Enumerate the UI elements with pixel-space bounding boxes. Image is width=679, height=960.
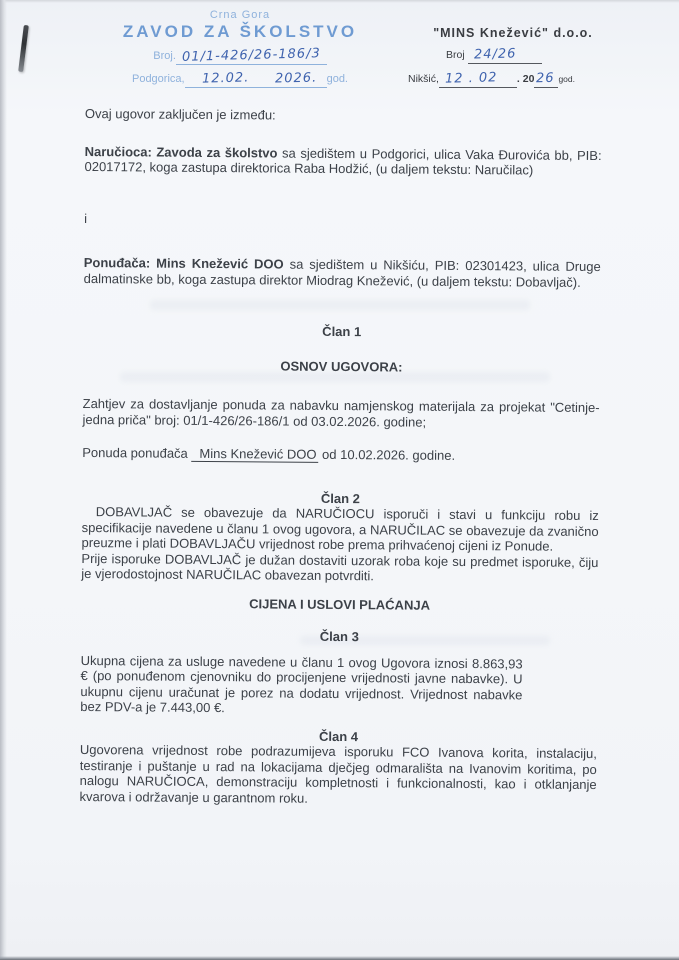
scan-edge-left bbox=[0, 0, 7, 960]
ponuda-suffix: od 10.02.2026. godine. bbox=[318, 447, 455, 463]
stamp-country-label: Crna Gora bbox=[100, 9, 380, 21]
scan-edge-top bbox=[0, 0, 679, 3]
clan2-paragraph2: Prije isporuke DOBAVLJAČ je dužan dostav… bbox=[81, 550, 598, 585]
intro-line: Ovaj ugovor zaključen je između: bbox=[85, 106, 602, 126]
company-date-handwritten: 12 . 02 bbox=[445, 70, 498, 86]
clan4-paragraph: Ugovorena vrijednost robe podrazumijeva … bbox=[80, 742, 597, 808]
broj-handwritten-value: 01/1-426/26-186/3 bbox=[182, 46, 321, 65]
company-year-handwritten: 26 bbox=[536, 71, 555, 86]
scan-edge-bottom bbox=[0, 956, 679, 960]
clan1-paragraph: Zahtjev za dostavljanje ponuda za nabavk… bbox=[82, 396, 599, 431]
stamp-org-name: ZAVOD ZA ŠKOLSTVO bbox=[100, 22, 380, 42]
scanned-contract-page: Crna Gora ZAVOD ZA ŠKOLSTVO Broj.01/1-42… bbox=[0, 0, 679, 960]
company-name: "MINS Knežević" d.o.o. bbox=[408, 26, 618, 40]
company-broj-label: Broj bbox=[446, 49, 465, 61]
company-broj-line: Broj 24/26 bbox=[408, 47, 618, 64]
ponuda-prefix: Ponuda ponuđača bbox=[82, 445, 191, 461]
company-god-label: god. bbox=[558, 74, 575, 84]
narucilac-name: Naručioca: Zavoda za školstvo bbox=[85, 143, 278, 160]
stamp-date-line: Podgorica,12.02.2026.god. bbox=[100, 71, 380, 88]
zavod-stamp: Crna Gora ZAVOD ZA ŠKOLSTVO Broj.01/1-42… bbox=[100, 9, 380, 88]
mins-knezevic-stamp: "MINS Knežević" d.o.o. Broj 24/26 Nikšić… bbox=[408, 26, 618, 88]
party-ponudjac-paragraph: Ponuđača: Mins Knežević DOO sa sjedištem… bbox=[84, 255, 601, 290]
party-narucilac-paragraph: Naručioca: Zavoda za školstvo sa sjedišt… bbox=[84, 143, 601, 178]
year-prefix-printed: . 20 bbox=[517, 73, 535, 85]
year-handwritten-value: 2026. bbox=[275, 70, 318, 86]
broj-label: Broj. bbox=[153, 50, 176, 62]
binding-mark bbox=[18, 25, 29, 72]
stamp-broj-line: Broj.01/1-426/26-186/3 bbox=[100, 48, 380, 65]
ponudjac-name: Ponuđača: Mins Knežević DOO bbox=[84, 255, 284, 272]
god-label: god. bbox=[327, 73, 348, 85]
contract-body: Ovaj ugovor zaključen je između: Naručio… bbox=[80, 106, 602, 808]
date-handwritten-value: 12.02. bbox=[202, 70, 250, 86]
clan2-paragraph1: DOBAVLJAČ se obavezuje da NARUČIOCU ispo… bbox=[82, 504, 599, 555]
clan3-paragraph: Ukupna cijena za usluge navedene u članu… bbox=[80, 652, 522, 717]
city-label: Podgorica, bbox=[132, 73, 185, 85]
company-date-line: Nikšić,12 . 02. 2026god. bbox=[408, 71, 618, 88]
company-broj-handwritten: 24/26 bbox=[473, 46, 516, 62]
ponuda-company-underlined: Mins Knežević DOO bbox=[191, 446, 318, 463]
company-city-label: Nikšić, bbox=[408, 73, 439, 85]
